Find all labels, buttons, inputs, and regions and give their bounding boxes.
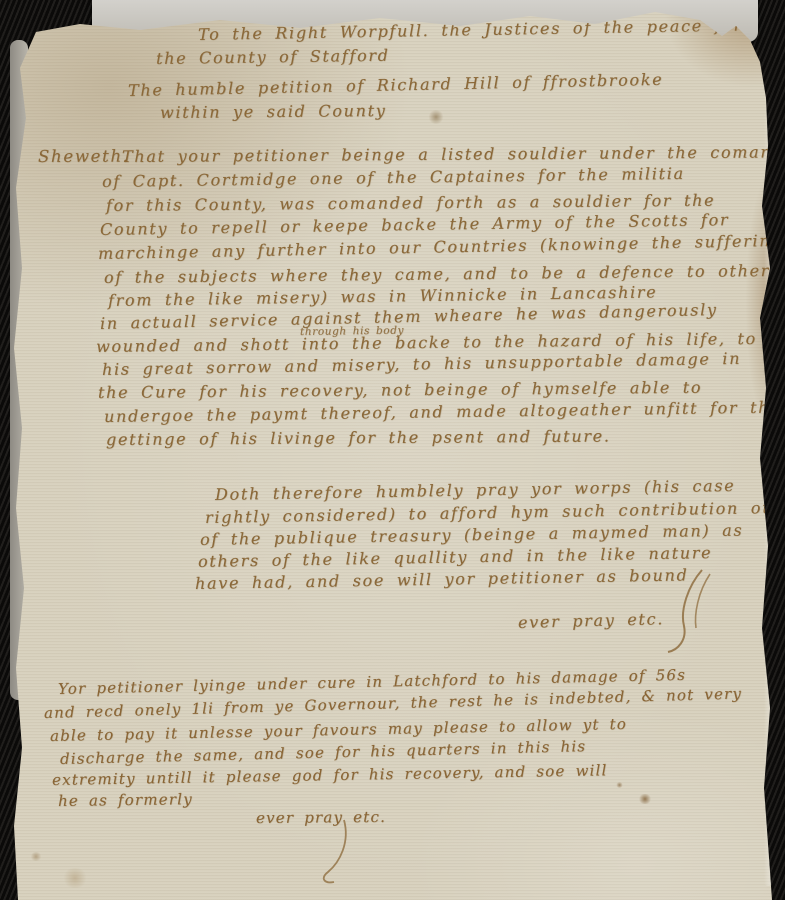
body-line: undergoe the paymt thereof, and made alt… (104, 399, 782, 426)
paper-stain (30, 852, 42, 861)
scan-background: To the Right Worpfull. the Justices of t… (0, 0, 785, 900)
prayer-line: have had, and soe will yor petitioner as… (195, 566, 689, 592)
petition-opening-word: Sheweth. (38, 148, 130, 167)
paper-stain (62, 868, 88, 888)
heading-line: within ye said County (160, 102, 387, 122)
body-line: of the subjects where they came, and to … (104, 262, 780, 287)
ink-flourish (310, 818, 370, 888)
prayer-closing: ever pray etc. (518, 610, 664, 631)
postscript-line: extremity untill it please god for his r… (52, 762, 608, 788)
heading-line: the County of Stafford (156, 47, 390, 68)
ink-stain (616, 782, 623, 788)
body-line: gettinge of his livinge for the psent an… (106, 427, 611, 448)
heading-line: The humble petition of Richard Hill of f… (128, 71, 664, 100)
paper-edge-highlight (764, 66, 772, 886)
manuscript-page: To the Right Worpfull. the Justices of t… (10, 6, 774, 900)
ink-stain (638, 794, 652, 804)
postscript-line: he as formerly (58, 791, 193, 809)
body-line: of Capt. Cortmidge one of the Captaines … (102, 165, 685, 191)
ink-stain (428, 110, 444, 124)
postscript-closing: ever pray etc. (256, 809, 386, 827)
body-line: the Cure for his recovery, not beinge of… (98, 379, 702, 402)
body-line: That your petitioner beinge a listed sou… (122, 143, 785, 165)
